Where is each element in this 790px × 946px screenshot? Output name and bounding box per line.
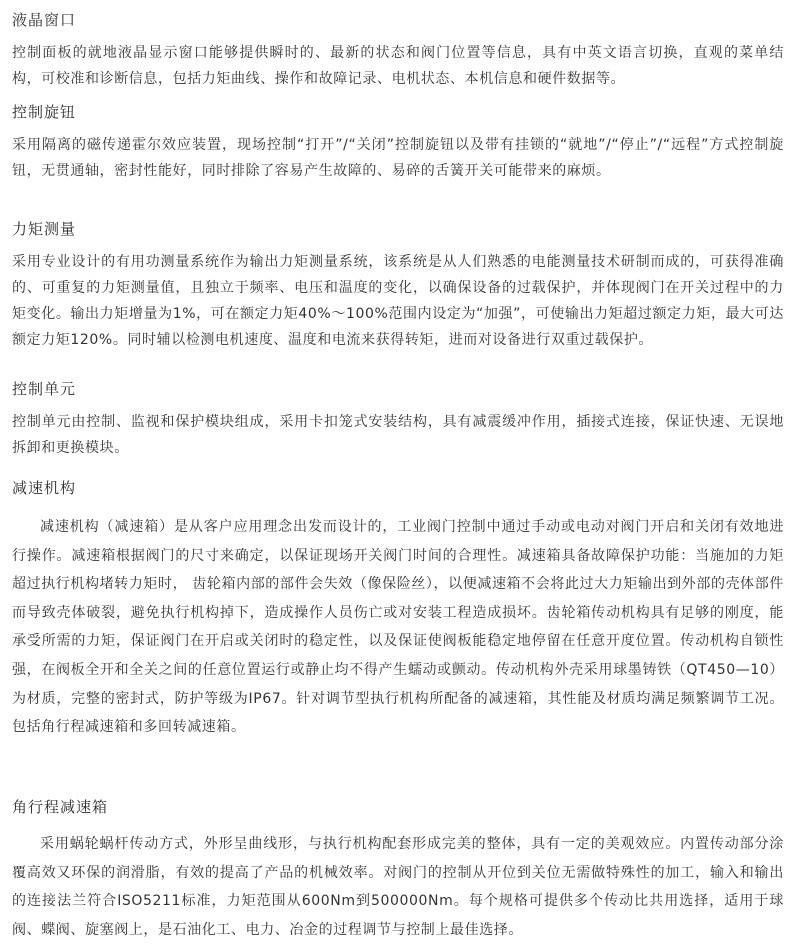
section-body: 采用蜗轮蜗杆传动方式，外形呈曲线形，与执行机构配套形成完美的整体，具有一定的美观… — [12, 830, 784, 944]
section-control-unit: 控制单元 控制单元由控制、监视和保护模块组成，采用卡扣笼式安装结构，具有减震缓冲… — [12, 378, 784, 461]
section-body: 控制单元由控制、监视和保护模块组成，采用卡扣笼式安装结构，具有减震缓冲作用，插接… — [12, 409, 784, 461]
section-control-knob: 控制旋钮 采用隔离的磁传递霍尔效应装置，现场控制“打开”/“关闭”控制旋钮以及带… — [12, 101, 784, 184]
section-body: 采用隔离的磁传递霍尔效应装置，现场控制“打开”/“关闭”控制旋钮以及带有挂锁的“… — [12, 132, 784, 184]
section-body: 减速机构（减速箱）是从客户应用理念出发而设计的，工业阀门控制中通过手动或电动对阀… — [12, 513, 784, 742]
section-reduction-mechanism: 减速机构 减速机构（减速箱）是从客户应用理念出发而设计的，工业阀门控制中通过手动… — [12, 477, 784, 742]
section-heading: 减速机构 — [12, 477, 784, 499]
section-heading: 控制旋钮 — [12, 101, 784, 123]
section-heading: 力矩测量 — [12, 218, 784, 240]
section-body: 采用专业设计的有用功测量系统作为输出力矩测量系统，该系统是从人们熟悉的电能测量技… — [12, 249, 784, 353]
section-lcd-window: 液晶窗口 控制面板的就地液晶显示窗口能够提供瞬时的、最新的状态和阀门位置等信息，… — [12, 9, 784, 92]
section-torque-measurement: 力矩测量 采用专业设计的有用功测量系统作为输出力矩测量系统，该系统是从人们熟悉的… — [12, 218, 784, 353]
section-heading: 液晶窗口 — [12, 9, 784, 31]
section-angular-gearbox: 角行程减速箱 采用蜗轮蜗杆传动方式，外形呈曲线形，与执行机构配套形成完美的整体，… — [12, 796, 784, 944]
section-body: 控制面板的就地液晶显示窗口能够提供瞬时的、最新的状态和阀门位置等信息，具有中英文… — [12, 40, 784, 92]
section-heading: 角行程减速箱 — [12, 796, 784, 818]
section-heading: 控制单元 — [12, 378, 784, 400]
